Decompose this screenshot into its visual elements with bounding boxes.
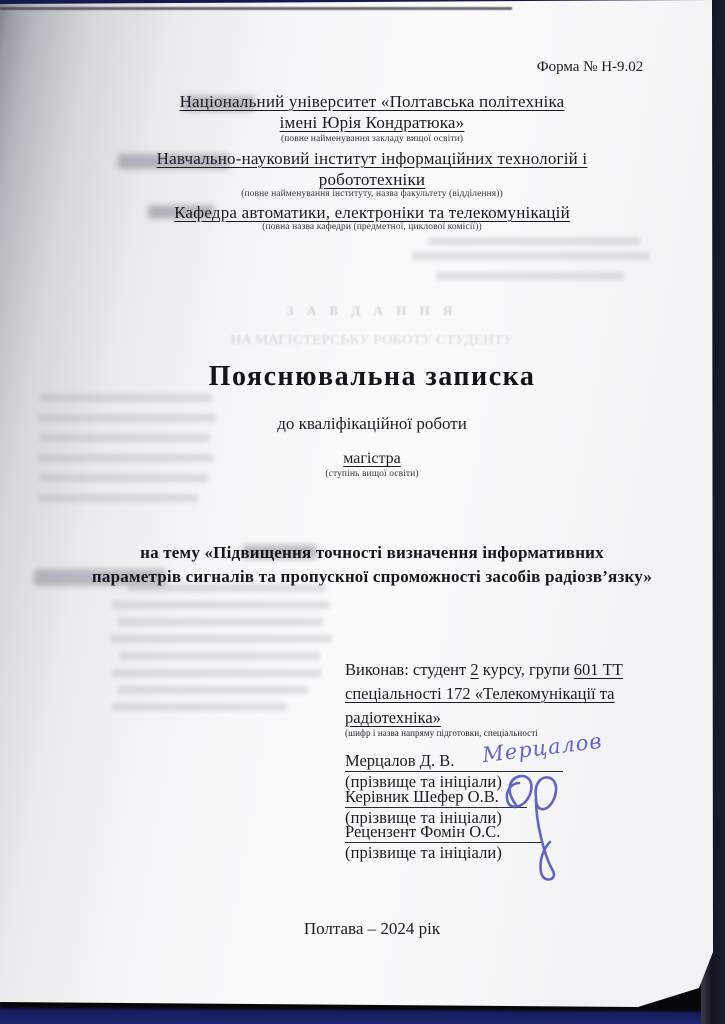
bleed-line xyxy=(38,494,198,502)
bleed-line xyxy=(120,652,320,660)
executor-line1: Виконав: студент 2 курсу, групи 601 ТТ xyxy=(345,660,695,680)
bleed-line xyxy=(40,434,210,442)
bleed-line xyxy=(428,237,640,245)
executor-line3: радіотехніка» xyxy=(345,708,695,728)
bleed-line xyxy=(112,669,322,677)
bleed-line xyxy=(112,601,330,609)
ghost-heading-zavdannia: З А В Д А Н Н Я xyxy=(42,303,702,319)
bleed-line xyxy=(40,474,208,482)
bleed-line xyxy=(436,272,624,280)
institute-caption: (повне найменування інституту, назва фак… xyxy=(42,189,702,199)
ghost-heading-subject: НА МАГІСТЕРСЬКУ РОБОТУ СТУДЕНТУ xyxy=(42,333,702,349)
supervisor-signature-flourish xyxy=(486,765,582,883)
bleed-line xyxy=(38,414,216,422)
bleed-line xyxy=(40,394,212,402)
department-caption: (повна назва кафедри (предметної, циклов… xyxy=(42,222,702,232)
city-year: Полтава – 2024 рік xyxy=(42,919,702,939)
department-name: Кафедра автоматики, електроніки та телек… xyxy=(42,203,702,223)
bleed-line xyxy=(412,252,650,260)
university-name-line2: імені Юрія Кондратюка» xyxy=(42,113,702,133)
institute-name-line2: робототехніки xyxy=(42,170,702,190)
form-number: Форма № Н-9.02 xyxy=(505,59,675,76)
specialty-caption: (шифр і назва напряму підготовки, спеціа… xyxy=(345,728,695,738)
bleed-line xyxy=(112,703,287,711)
bleed-line xyxy=(118,686,308,694)
document-title: Пояснювальна записка xyxy=(42,361,702,393)
institute-name-line1: Навчально-науковий інститут інформаційни… xyxy=(42,149,702,169)
page-top-edge-shadow xyxy=(0,7,512,10)
executor-line2: спеціальності 172 «Телекомунікації та xyxy=(345,684,695,704)
scanned-page: Форма № Н-9.02 Національний університет … xyxy=(0,0,725,1024)
university-caption: (повне найменування закладу вищої освіти… xyxy=(42,134,702,144)
topic-line1: на тему «Підвищення точності визначення … xyxy=(42,543,702,563)
bleed-line xyxy=(118,618,323,626)
university-name-line1: Національний університет «Полтавська пол… xyxy=(42,92,702,112)
bleed-line xyxy=(110,635,332,643)
bleed-line xyxy=(38,454,213,462)
bleed-line xyxy=(128,584,326,592)
